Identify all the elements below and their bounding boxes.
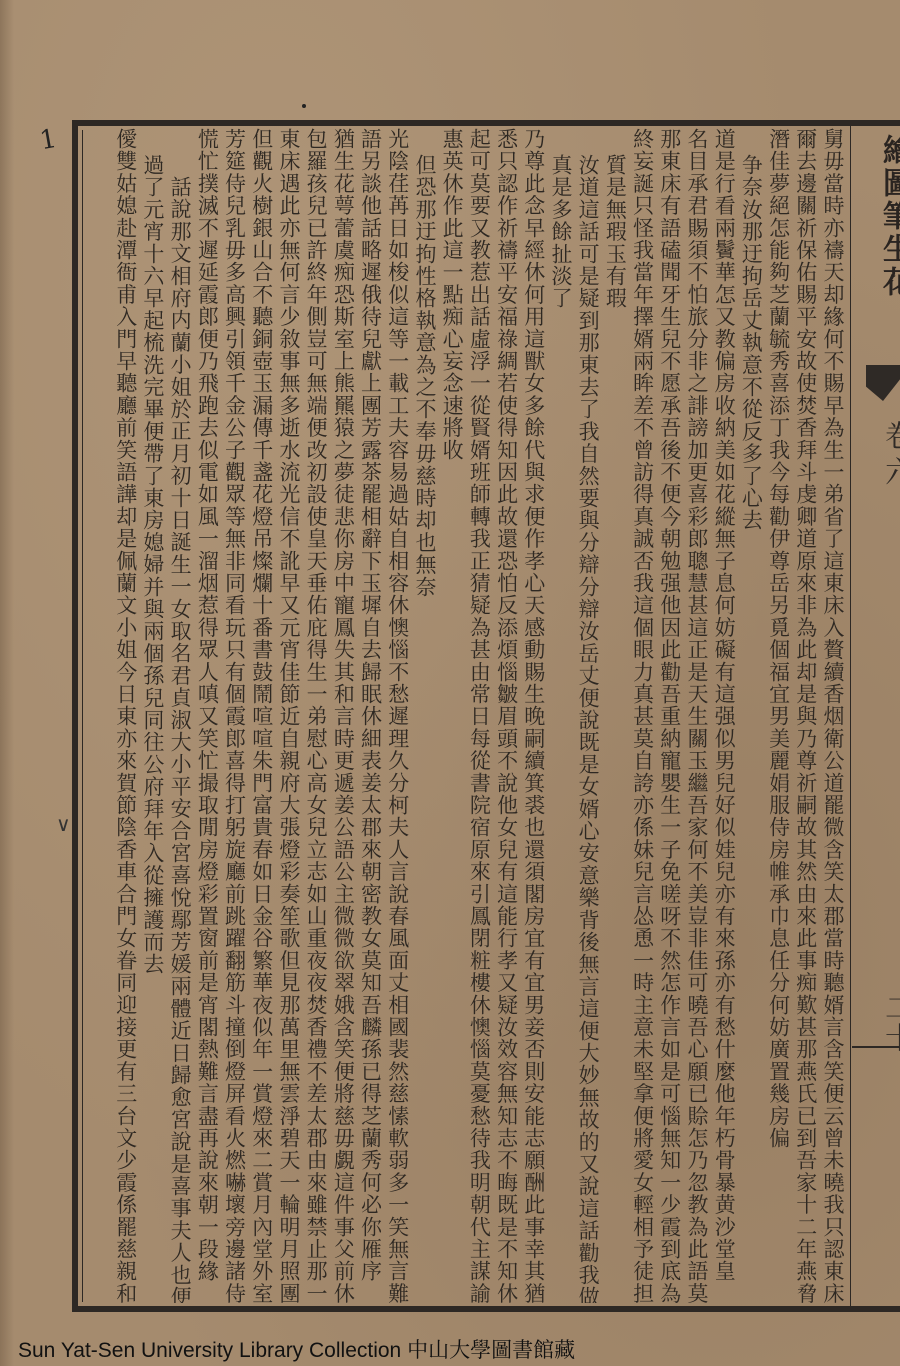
text-column: 道是行看兩鬢華怎又教偏房收納美如花縱無子息何妨礙有這强似男兒好似娃兒亦有來孫亦有…: [710, 128, 737, 1303]
text-column: 包羅孩兒已許終年側豈可無端便改初設使皇天垂佑庇得生一弟慰心高女兒立志如山重夜夜焚…: [302, 128, 329, 1303]
text-column: 猶生花萼蕾虞痴恐斯室上熊羆猿之夢徒悲你房中寵鳳失其和言時更遞姜公語公主微微欲翠娥…: [329, 128, 356, 1303]
text-column: 芳筵侍兒乳毋多高興引領千金公子觀眾等無非同看玩只有個霞郎喜得打躬旋廳前跳躍翻筋斗…: [220, 128, 247, 1303]
text-column: 但觀火樹銀山合不聽銅壺玉漏傳千盞花燈吊燦爛十番書鼓鬧喧喧朱門富貴春如日金谷繁華夜…: [248, 128, 275, 1303]
text-column: 僾雙姑媳赴潭衙甫入門早聽廳前笑語譁却是佩蘭文小姐今日東亦來賀節陰香車合門女眷同迎…: [112, 128, 139, 1303]
text-column: 起可莫要又教惹出話虛浮一從賢婿班師轉我正猜疑為甚由常日每從書院宿原來引鳳閉粧樓休…: [465, 128, 492, 1303]
text-column: 東床遇此亦無何言少敘事無多逝水流光信不訛早又元宵佳節近自親府大張燈彩奏笙歌但見那…: [275, 128, 302, 1303]
ink-speck: [302, 104, 306, 108]
main-text-body: 舅毋當時亦禱天却緣何不賜早為生一弟省了這東床入贅續香烟衛公道罷微含笑太郡當時聽婿…: [86, 128, 846, 1303]
text-column: 慌忙撲滅不遲延霞郎便乃飛跑去似電如風一溜烟惹得眾人嗔又笑忙撮取閒房燈彩置窗前是宵…: [193, 128, 220, 1303]
text-column: 惠英休作此這一點痴心妄念速將收: [438, 128, 465, 1303]
text-column: 話說那文相府内蘭小姐於正月初十日誕生一女取名君貞淑大小平安合宮喜悅鄢芳媛兩體近日…: [166, 128, 193, 1303]
text-column: 終妄誕只怪我當年擇婿兩眸差不曾訪得真誠否我這個眼力真甚莫自誇亦係妹兒言怂恿一時主…: [628, 128, 655, 1303]
text-column: 乃尊此念早經休何用這獸女多餘代與求便作孝心天感動賜生晚嗣續箕裘也還須閣房宜有宜男…: [520, 128, 547, 1303]
book-title: 繪圖筆生花: [872, 134, 900, 299]
page-edge-shadow: [0, 0, 14, 1366]
text-column: 名目承君賜須不怕旅分非之誹謗加更喜彩郎聰慧甚這正是天生關玉繼吾家何不美豈非佳可曉…: [683, 128, 710, 1303]
text-column: 那東床有語磕聞牙生兒不愿承吾後不便今朝勉强他因此勸吾重納寵嬰生一子免嗟呀不然怎作…: [656, 128, 683, 1303]
page-number: 二十: [874, 992, 900, 1052]
text-column: 汝道這話可是疑到那東去了我自然要與分辯分辯汝岳丈便說既是女婿心安意樂背後無言這便…: [574, 128, 601, 1303]
text-column: 潛佳夢絕怎能夠芝蘭毓秀喜添丁我今每勸伊尊岳另覓個福宜男美麗娟服侍房帷承巾息任分何…: [764, 128, 791, 1303]
text-column: 舅毋當時亦禱天却緣何不賜早為生一弟省了這東床入贅續香烟衛公道罷微含笑太郡當時聽婿…: [819, 128, 846, 1303]
volume-label: 卷六: [874, 420, 900, 492]
margin-divider: [852, 1046, 900, 1048]
text-column: 真是多餘扯淡了: [547, 128, 574, 1303]
text-column: 但恐那迂拘性格執意為之不奉毋慈時却也無奈: [411, 128, 438, 1303]
text-column: 悉只認作祈禱平安福祿綢若使得知因此故還恐怕反添煩惱皺眉頭不說他女兒有這能行孝又疑…: [492, 128, 519, 1303]
text-column: 過了元宵十六早起梳洗完畢便帶了東房媳婦并與兩個孫兒同往公府拜年入從擁護而去: [139, 128, 166, 1303]
text-column: 光陰荏苒日如梭似這等一載工夫容易過姑自相容休懊惱不愁遲理久分柯夫人言說春風面丈相…: [384, 128, 411, 1303]
text-column: 争奈汝那迂拘岳丈執意不從反多了心去: [737, 128, 764, 1303]
corner-ink-mark: 1: [38, 124, 60, 156]
text-column: 爾去邊關祈保佑賜平安故使焚香拜斗虔卿道原來非為此却是與乃尊祈嗣故其然由來此事痴歎…: [792, 128, 819, 1303]
text-column: 語另談他話略遲俄待兒獻上團芳露茶罷相辭下玉墀自去歸眠休細表姜太郡來朝密教女莫知吾…: [356, 128, 383, 1303]
side-ink-mark: ∨: [56, 812, 71, 836]
text-column: 質是無瑕玉有瑕: [601, 128, 628, 1303]
collection-caption: Sun Yat-Sen University Library Collectio…: [18, 1334, 575, 1364]
